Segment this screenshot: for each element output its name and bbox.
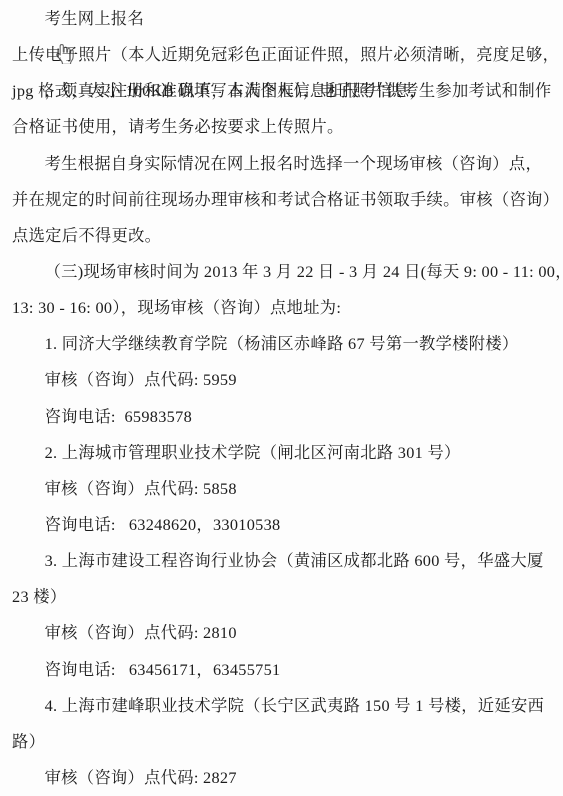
para-review-time-line-1: （三)现场审核时间为 2013 年 3 月 22 日 - 3 月 24 日(每天… — [12, 254, 551, 290]
para-online-registration-line-1: 考生网上报名 ，须真实注册和准确填写本人个人信息和报考信息， — [12, 1, 551, 37]
para-online-registration-line-4: 合格证书使用，请考生务必按要求上传照片。 — [12, 109, 551, 145]
text-run: 审核（咨询）点代码: 5858 — [45, 479, 237, 498]
para-online-registration-line-2: 上传电子照片（本人近期免冠彩色正面证件照，照片必须清晰，亮度足够， — [12, 37, 551, 73]
text-run: 咨询电话: 63456171，63455751 — [45, 660, 281, 679]
site-3-phone-line-1: 咨询电话: 63456171，63455751 — [12, 652, 551, 688]
text-run: 审核（咨询）点代码: 5959 — [45, 370, 237, 389]
site-2-name-line-1: 2. 上海城市管理职业技术学院（闸北区河南北路 301 号） — [12, 435, 551, 471]
site-3-name-line-1: 3. 上海市建设工程咨询行业协会（黄浦区成都北路 600 号，华盛大厦 — [12, 543, 551, 579]
text-run: （三)现场审核时间为 2013 年 3 月 22 日 - 3 月 24 日(每天… — [45, 262, 563, 281]
text-run: 路） — [12, 732, 45, 751]
document-body: 考生网上报名 ，须真实注册和准确填写本人个人信息和报考信息，上传电子照片（本人近… — [12, 1, 551, 796]
page: { "page": { "background_color": "#fdfdfd… — [0, 0, 563, 796]
para-site-selection-line-1: 考生根据自身实际情况在网上报名时选择一个现场审核（咨询）点， — [12, 146, 551, 182]
text-run: 2. 上海城市管理职业技术学院（闸北区河南北路 301 号） — [45, 443, 461, 462]
site-1-phone-line-1: 咨询电话: 65983578 — [12, 399, 551, 435]
text-run: 合格证书使用，请考生务必按要求上传照片。 — [12, 117, 344, 136]
site-4-name-line-2: 路） — [12, 724, 551, 760]
para-site-selection-line-2: 并在规定的时间前往现场办理审核和考试合格证书领取手续。审核（咨询） — [12, 182, 551, 218]
para-site-selection-line-3: 点选定后不得更改。 — [12, 218, 551, 254]
text-run: 考生根据自身实际情况在网上报名时选择一个现场审核（咨询）点， — [45, 154, 542, 173]
site-3-name-line-2: 23 楼） — [12, 579, 551, 615]
text-run: 4. 上海市建峰职业技术学院（长宁区武夷路 150 号 1 号楼，近延安西 — [45, 696, 545, 715]
text-run: 1. 同济大学继续教育学院（杨浦区赤峰路 67 号第一教学楼附楼） — [45, 334, 519, 353]
text-run: 考生网上报名 — [45, 9, 145, 28]
text-run: 咨询电话: 65983578 — [45, 407, 192, 426]
text-run: 咨询电话: 63248620，33010538 — [45, 515, 281, 534]
site-3-code-line-1: 审核（咨询）点代码: 2810 — [12, 615, 551, 651]
para-online-registration-line-3: jpg 格式，大小 100KB 以下，占满图框），电子照片供考生参加考试和制作 — [12, 73, 551, 109]
text-run: 13: 30 - 16: 00），现场审核（咨询）点地址为: — [12, 298, 341, 317]
text-run: 审核（咨询）点代码: 2827 — [45, 768, 237, 787]
document-page: 考生网上报名 ，须真实注册和准确填写本人个人信息和报考信息，上传电子照片（本人近… — [0, 0, 563, 796]
para-review-time-line-2: 13: 30 - 16: 00），现场审核（咨询）点地址为: — [12, 290, 551, 326]
text-run: 审核（咨询）点代码: 2810 — [45, 623, 237, 642]
text-run: 点选定后不得更改。 — [12, 226, 161, 245]
site-2-code-line-1: 审核（咨询）点代码: 5858 — [12, 471, 551, 507]
text-run: jpg 格式，大小 100KB 以下，占满图框），电子照片供考生参加考试和制作 — [12, 81, 552, 100]
site-4-name-line-1: 4. 上海市建峰职业技术学院（长宁区武夷路 150 号 1 号楼，近延安西 — [12, 688, 551, 724]
site-2-phone-line-1: 咨询电话: 63248620，33010538 — [12, 507, 551, 543]
site-4-code-line-1: 审核（咨询）点代码: 2827 — [12, 760, 551, 796]
text-run: 23 楼） — [12, 587, 66, 606]
text-run: 3. 上海市建设工程咨询行业协会（黄浦区成都北路 600 号，华盛大厦 — [45, 551, 544, 570]
site-1-name-line-1: 1. 同济大学继续教育学院（杨浦区赤峰路 67 号第一教学楼附楼） — [12, 326, 551, 362]
text-run: 并在规定的时间前往现场办理审核和考试合格证书领取手续。审核（咨询） — [12, 190, 559, 209]
text-run: 上传电子照片（本人近期免冠彩色正面证件照，照片必须清晰，亮度足够， — [12, 45, 559, 64]
site-1-code-line-1: 审核（咨询）点代码: 5959 — [12, 362, 551, 398]
